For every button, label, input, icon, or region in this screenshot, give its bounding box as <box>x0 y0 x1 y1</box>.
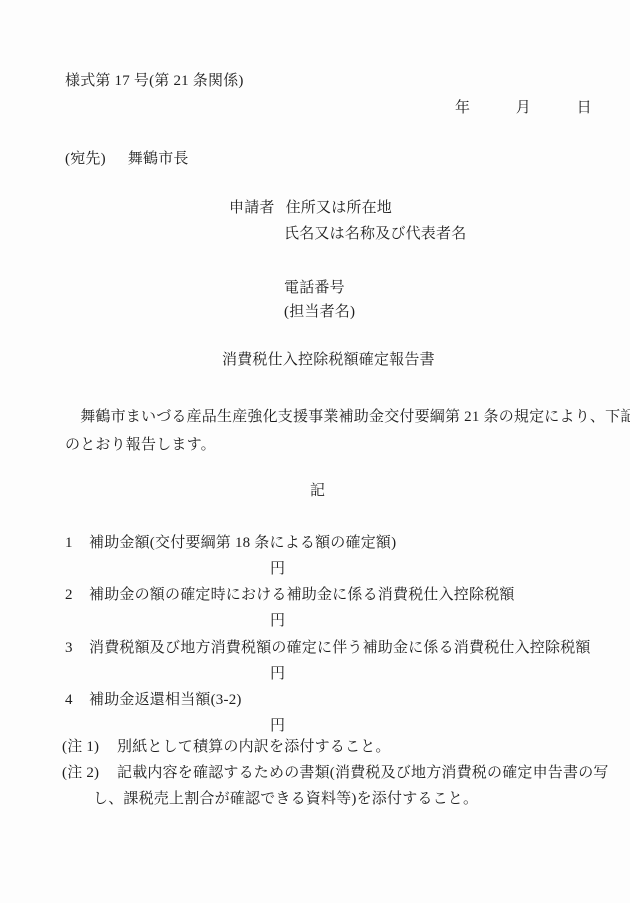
note-text-2-line-1: 記載内容を確認するための書類(消費税及び地方消費税の確定申告書の写 <box>117 765 609 781</box>
applicant-phone-label: 電話番号 <box>284 279 345 298</box>
note-label-2: (注 2) <box>62 764 117 783</box>
document-page: 様式第 17 号(第 21 条関係) 年 月 日 (宛先)舞鶴市長 申請者住所又… <box>0 0 630 903</box>
item-row-1: 1補助金額(交付要綱第 18 条による額の確定額) <box>65 534 396 553</box>
applicant-name-label: 氏名又は名称及び代表者名 <box>284 225 466 244</box>
applicant-contact-label: (担当者名) <box>284 303 355 322</box>
item-row-4: 4補助金返還相当額(3-2) <box>65 691 242 710</box>
item-unit-4: 円 <box>270 717 285 736</box>
form-number: 様式第 17 号(第 21 条関係) <box>65 72 244 91</box>
item-unit-1: 円 <box>270 560 285 579</box>
item-unit-2: 円 <box>270 612 285 631</box>
document-title: 消費税仕入控除税額確定報告書 <box>222 351 435 370</box>
note-text-2-line-2: し、課税売上割合が確認できる資料等)を添付すること。 <box>93 790 478 809</box>
applicant-label: 申請者 <box>229 200 275 216</box>
item-unit-3: 円 <box>270 665 285 684</box>
note-text-1: 別紙として積算の内訳を添付すること。 <box>117 739 391 755</box>
item-number-4: 4 <box>65 691 89 710</box>
body-paragraph-line-2: のとおり報告します。 <box>65 436 216 455</box>
note-row-1: (注 1)別紙として積算の内訳を添付すること。 <box>62 738 391 757</box>
date-line: 年 月 日 <box>455 99 592 118</box>
item-row-2: 2補助金の額の確定時における補助金に係る消費税仕入控除税額 <box>65 586 515 605</box>
ki-marker: 記 <box>310 482 325 501</box>
item-label-2: 補助金の額の確定時における補助金に係る消費税仕入控除税額 <box>89 587 515 603</box>
note-label-1: (注 1) <box>62 738 117 757</box>
addressee-label: (宛先) <box>65 151 106 167</box>
applicant-row: 申請者住所又は所在地 <box>229 199 392 218</box>
item-number-1: 1 <box>65 534 89 553</box>
item-label-4: 補助金返還相当額(3-2) <box>89 692 242 708</box>
body-paragraph-line-1: 舞鶴市まいづる産品生産強化支援事業補助金交付要綱第 21 条の規定により、下記 <box>65 408 630 427</box>
addressee-name: 舞鶴市長 <box>128 151 189 167</box>
item-label-1: 補助金額(交付要綱第 18 条による額の確定額) <box>89 535 396 551</box>
note-row-2: (注 2)記載内容を確認するための書類(消費税及び地方消費税の確定申告書の写 <box>62 764 609 783</box>
addressee-line: (宛先)舞鶴市長 <box>65 150 189 169</box>
item-number-3: 3 <box>65 639 89 658</box>
item-number-2: 2 <box>65 586 89 605</box>
item-row-3: 3消費税額及び地方消費税額の確定に伴う補助金に係る消費税仕入控除税額 <box>65 639 591 658</box>
applicant-address-label: 住所又は所在地 <box>286 200 392 216</box>
item-label-3: 消費税額及び地方消費税額の確定に伴う補助金に係る消費税仕入控除税額 <box>89 640 591 656</box>
